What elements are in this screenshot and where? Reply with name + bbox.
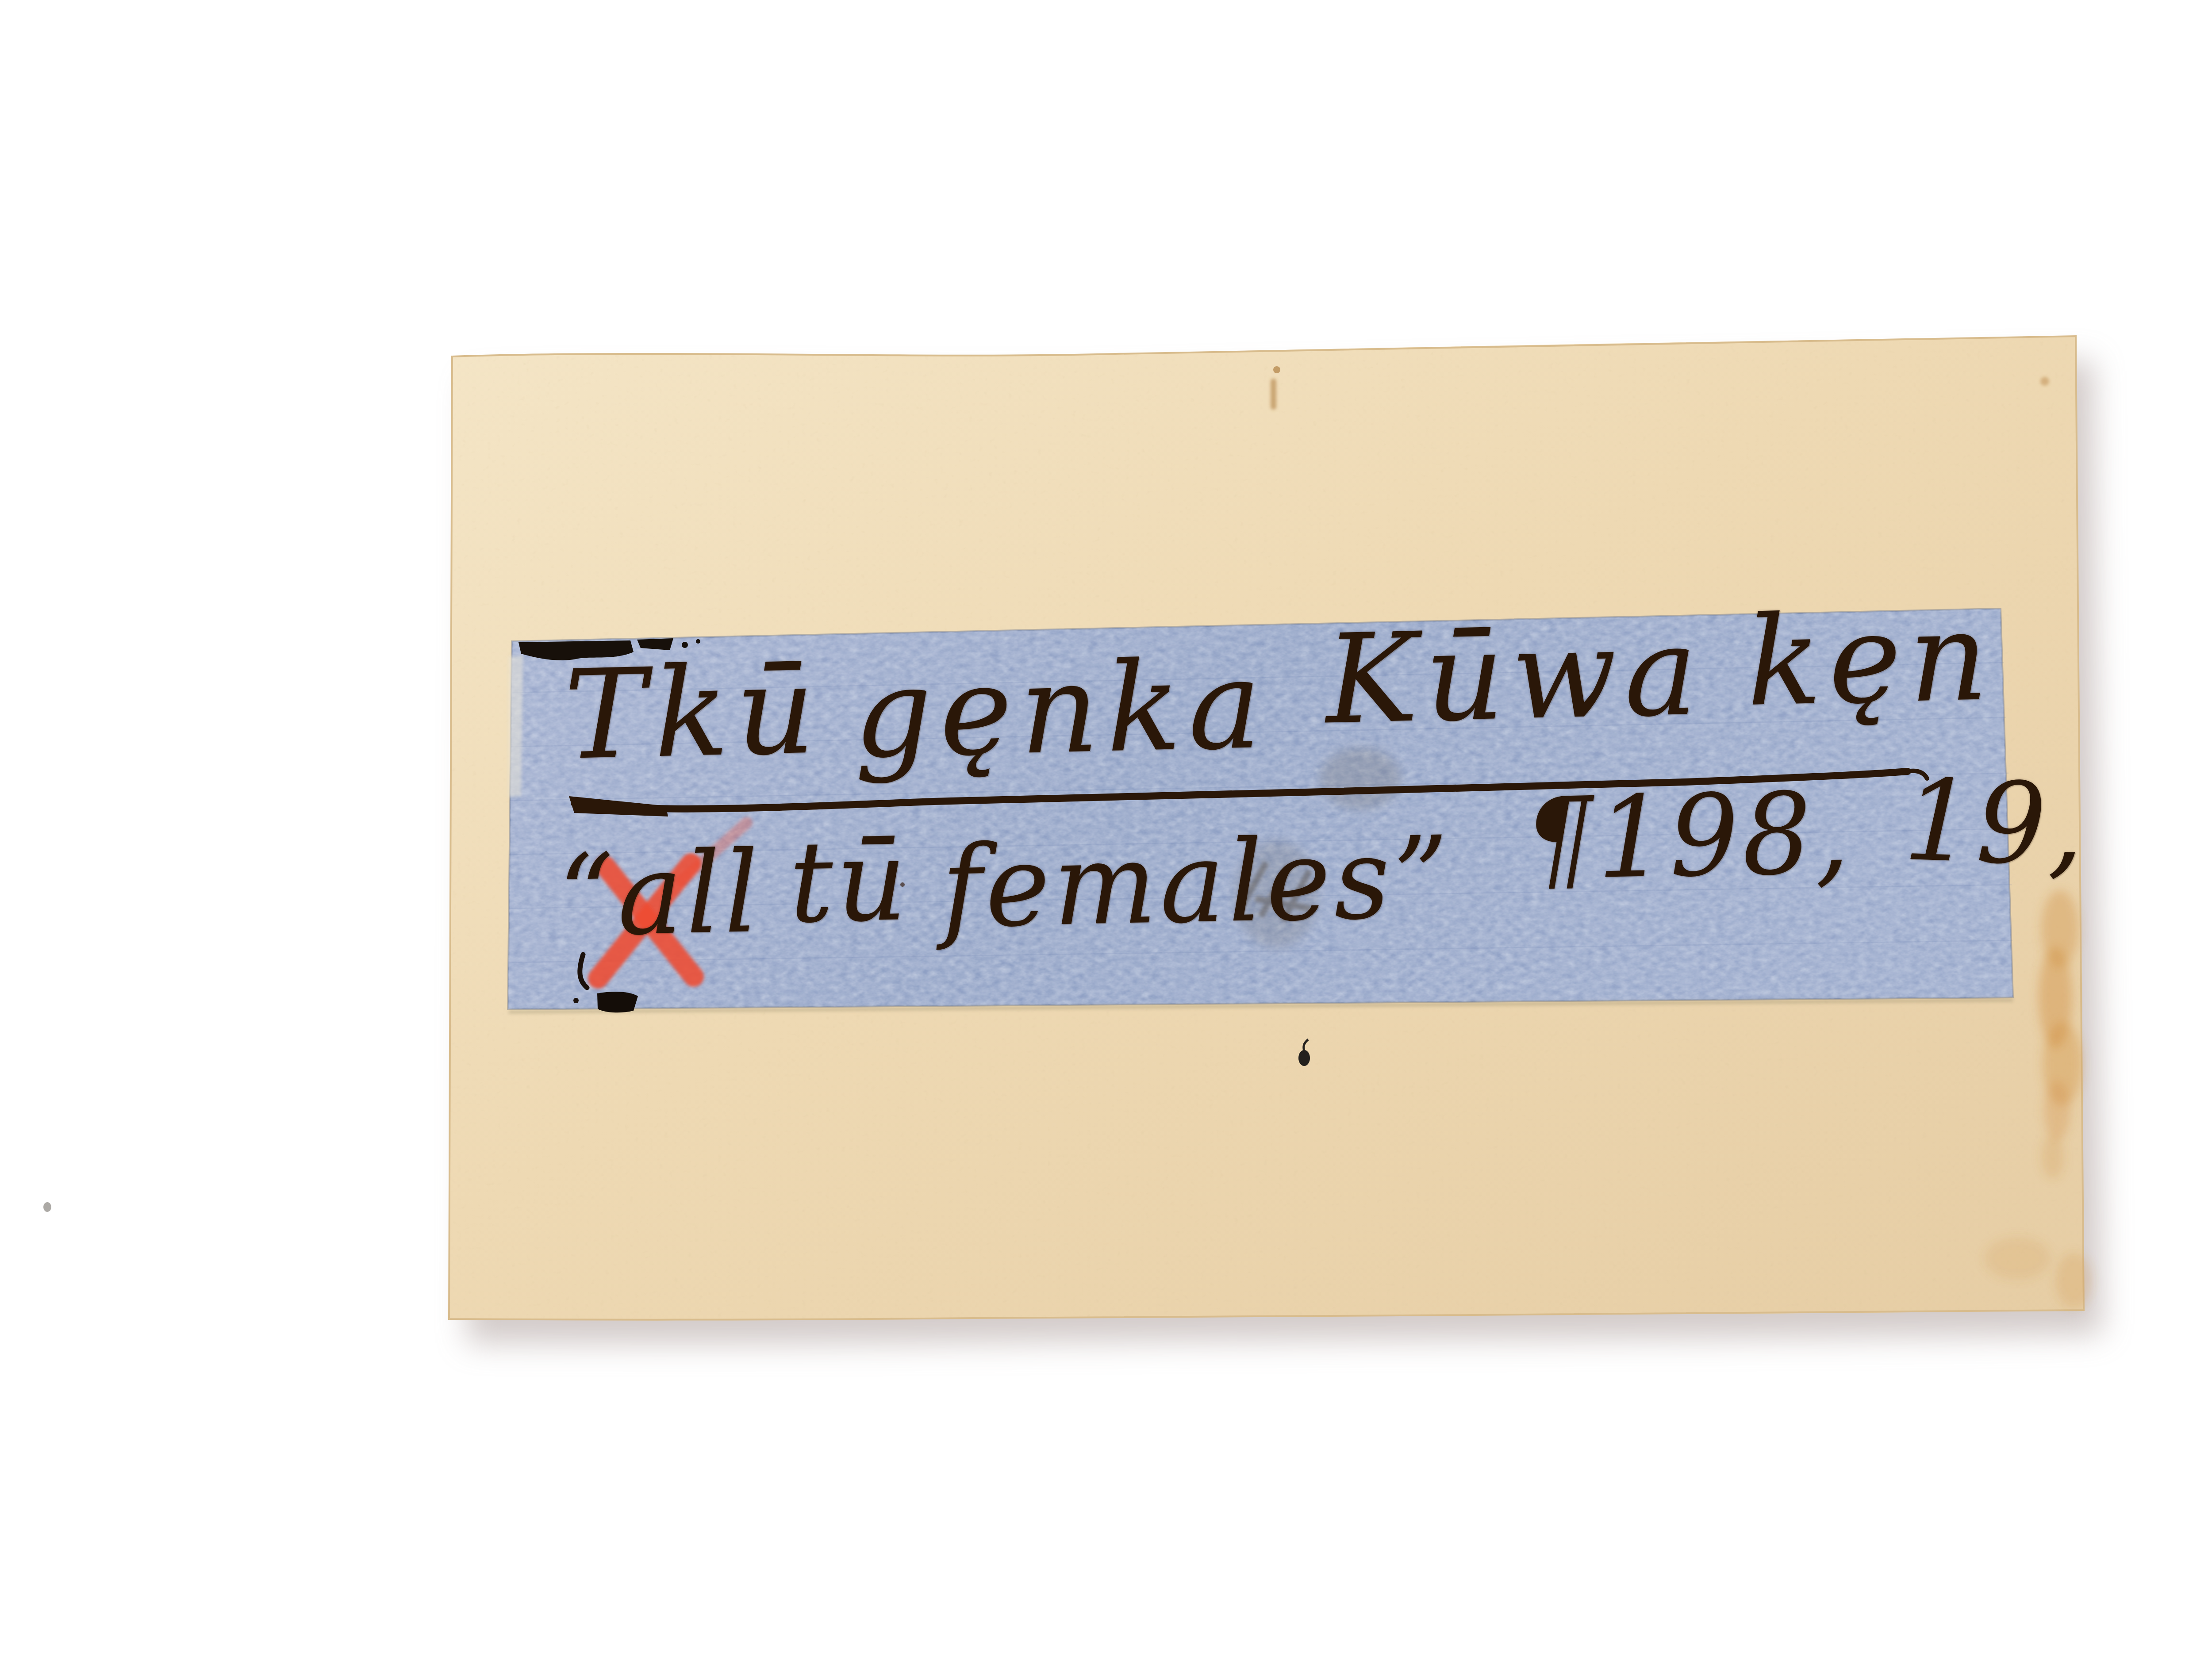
handwriting-word: kęn: [1745, 585, 1997, 734]
handwriting-word: females”: [941, 812, 1453, 953]
handwriting-word: “all: [557, 827, 764, 962]
handwriting-word: Kūwa: [1324, 599, 1707, 751]
handwriting-word: tū: [788, 815, 911, 948]
photograph-of-archival-note: TkūgęnkaKūwakęn “alltūfemales”¶198,19,: [0, 0, 2212, 1656]
handwriting-word: Tkū: [563, 638, 824, 787]
handwriting-word: ¶198,: [1523, 767, 1854, 905]
background-speck: [43, 1202, 51, 1212]
slip-edge-damage: [509, 655, 523, 797]
handwriting-word: 19,: [1902, 755, 2089, 892]
handwriting-word: gęnka: [852, 633, 1270, 786]
